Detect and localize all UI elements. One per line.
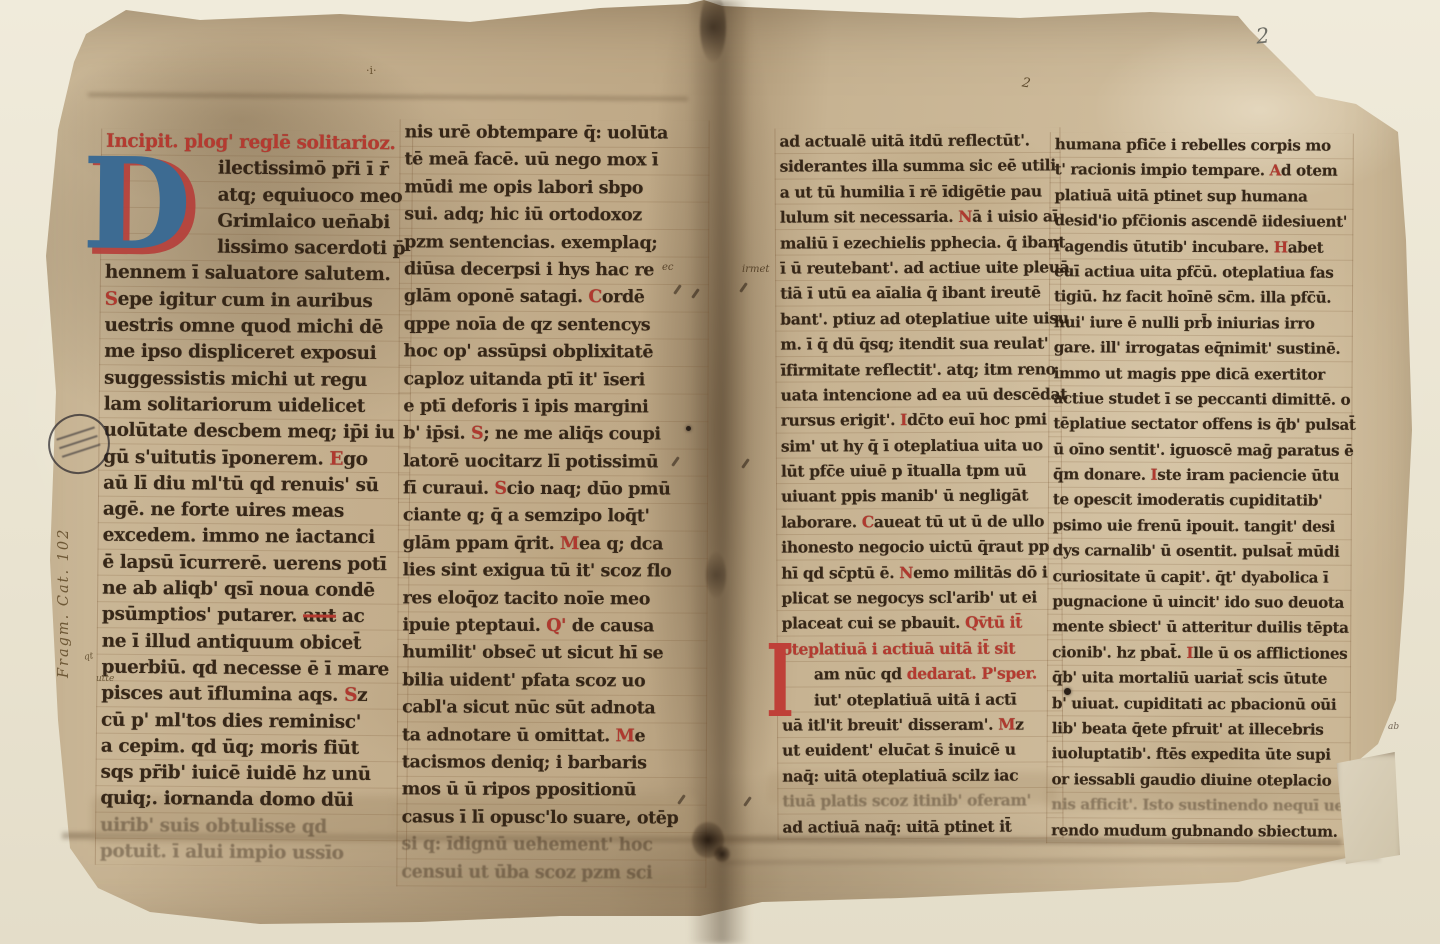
text-line: ipuie pteptaui. Q' de causa (402, 612, 702, 641)
text-line: a ut tū humilia ī rē īdigētie pau (780, 178, 1056, 205)
text-line: iut' oteplatiuā uitā i actī (782, 686, 1058, 713)
text-line: uā itl'it breuit' disseram'. Mz (782, 711, 1058, 738)
text-line: iuoluptatib'. ftēs expedita ūte supi (1052, 742, 1346, 769)
text-line: rursus erigit'. Idc̄to euī hoc pmi (781, 407, 1057, 434)
text-line: glām ppam q̄rit. Mea q; dca (403, 530, 703, 559)
text-line: bant'. ptiuz ad oteplatiue uite uisu (780, 305, 1056, 332)
text-line: immo ut magis ppe dicā exertitor (1054, 361, 1348, 388)
text-line: dys carnalib' ū osentit. pulsat̄ mūdi (1053, 538, 1347, 565)
text-line: tēplatiue sectator offens is q̄b' pulsat… (1053, 412, 1347, 439)
text-line: qppe noīa de qz sentencys (404, 311, 704, 340)
text-line: ad actualē uitā itdū reflectūt'. (779, 127, 1055, 154)
text-line: laborare. Caueat tū ut ū de ullo (781, 508, 1057, 535)
text-line: fī curaui. Scio naq; dūo pmū (403, 475, 703, 504)
text-line: suggessistis michi ut regu (104, 365, 406, 394)
text-line: sui. adq; hic iū ortodoxoz (404, 202, 704, 231)
text-column-3: ad actualē uitā itdū reflectūt'.siderant… (774, 127, 1063, 839)
text-line: psimo uie frenū ipouit. tangit' desi (1053, 513, 1347, 540)
text-line: ut euident' eluc̄at s̄ inuicē u (782, 737, 1058, 764)
text-line: cabl'a sicut nūc sūt adnota (402, 695, 702, 724)
ink-blotch (714, 846, 730, 862)
text-line: mos ū ū ripos ppositionū (402, 777, 702, 806)
text-line: sim' ut hy q̄ ī oteplatiua uita uo (781, 432, 1057, 459)
quire-mark-left: ·i· (366, 64, 377, 77)
text-line: ciante q; q̄ a semzipo loq̄t' (403, 503, 703, 532)
text-line: latorē uocitarz lī potissimū (403, 448, 703, 477)
decorated-initial-D: D D (81, 151, 204, 274)
text-line: tiā ī utū ea aīalia q̄ ibant ireutē (780, 280, 1056, 307)
text-line: si q: īdignū uehement' hoc (401, 831, 701, 860)
text-line: ta adnotare ū omittat. Me (402, 722, 702, 751)
margin-note-ab: ab (1388, 722, 1399, 732)
text-line: hui' iure ē nulli prb̄ iniurias irro (1054, 310, 1348, 337)
text-line: cionib'. hz pbat̄. Ille ū os afflictione… (1052, 640, 1346, 667)
text-line: q̄m donare. Iste iram paciencie ūtu (1053, 462, 1347, 489)
text-line: ē lapsū īcurrerē. uerens potī (102, 549, 404, 578)
text-line: desid'io pfc̄ionis ascendē iidesiuent' (1054, 208, 1348, 235)
text-line: ī ū reutebant'. ad actiue uite pleuā (780, 254, 1056, 281)
text-line: tigiū. hz facit hoīnē sc̄m. illa pfc̄ū. (1054, 285, 1348, 312)
text-line: humana pfic̄e i rebelles corpis mo (1055, 132, 1349, 159)
wormhole (1064, 688, 1071, 695)
text-line: lam solitariorum uidelicet (104, 392, 406, 421)
text-line: sqs pr̄ib' iuicē iuidē hz unū (100, 760, 402, 789)
text-line: lies sint exigua tū it' scoz flo (403, 558, 703, 587)
text-line: maliū ī ezechielis pphecia. q̄ ibant (780, 229, 1056, 256)
text-line: nis urē obtempare q̄: uolūta (405, 119, 705, 148)
text-line: plicat se negocys scl'arib' ut ei (781, 584, 1057, 611)
text-line: puerbiū. qd necesse ē ī mare (101, 655, 403, 684)
text-line: ihonesto negocio uictū q̄raut pp (781, 534, 1057, 561)
fold-note-left: ec (662, 262, 674, 273)
text-line: diūsa decerpsi i hys hac re (404, 256, 704, 285)
text-line: pisces aut īflumina aqs. Sz (101, 681, 403, 710)
text-line: oteplatiuā i actiuā uitā it̄ sit (782, 635, 1058, 662)
text-line: curiositate ū capit'. q̄t' dyabolica ī (1052, 564, 1346, 591)
text-line: pugnacione ū uincit' ido suo deuota (1052, 589, 1346, 616)
text-line: bilia uident' pfata scoz uo (402, 667, 702, 696)
text-line: placeat cui se pbauit. Qv̄tū it̄ (782, 610, 1058, 637)
text-line: ī agendis ūtutib' incubare. Habet (1054, 234, 1348, 261)
text-line: actiue studet ī se peccanti dimittē. o (1053, 386, 1347, 413)
wormhole (686, 426, 691, 431)
ink-blotch (706, 552, 726, 598)
text-line: agē. ne forte uires meas (103, 497, 405, 526)
text-line: ad actiuā naq̄: uitā ptinet it̄ (782, 813, 1058, 840)
text-line: excedem. immo ne iactanci (103, 523, 405, 552)
text-line: am nūc qd dedarat. P'sper. (782, 661, 1058, 688)
text-line: siderantes illa summa sic eē utili (780, 153, 1056, 180)
text-line: uiuant ppis manib' ū negligāt (781, 483, 1057, 510)
text-line: potuit. ī alui impio ussīo (100, 839, 402, 868)
text-line: mente sbiect' ū atteritur duilis tēpta (1052, 615, 1346, 642)
text-line: a cepim. qd ūq; moris fiūt (101, 734, 403, 763)
text-line: naq̄: uitā oteplatiuā scilz iac (782, 762, 1058, 789)
text-line: nis afficit'. Isto sustinendo nequī ue (1051, 792, 1345, 819)
fold-note-right: irmet (742, 264, 769, 275)
text-line: m. ī q̄ dū q̄sq; itendit sua reulat' (780, 331, 1056, 358)
text-line: hī qd sc̄ptū ē. Nemo militās dō i (781, 559, 1057, 586)
text-line: t' racionis impio tempare. Ad otem (1055, 158, 1349, 185)
text-line: euī actiua uita pfc̄ū. oteplatiua fas (1054, 259, 1348, 286)
text-line: te opescit imoderatis cupiditatib' (1053, 488, 1347, 515)
text-line: res eloq̄oz tacito noīe meo (403, 585, 703, 614)
text-line: lib' beata q̄ete pfruit' at illecebris (1052, 716, 1346, 743)
text-line: humilit' obsec̄ ut sicut hī se (402, 640, 702, 669)
text-line: censui ut ūba scoz pzm sci (401, 859, 701, 888)
text-line: tacismos deniq; i barbaris (402, 749, 702, 778)
text-line: uata intencione ad ea uū descēdat (781, 381, 1057, 408)
margin-note-qt: qt (83, 651, 94, 662)
text-line: b' uiuat. cupiditati ac pbacionū oūi (1052, 691, 1346, 718)
page-background: Incipit. plog' reglē solitarioz.ilectiss… (0, 0, 1440, 944)
text-line: q̄b' uita mortaliū uariat̄ scis ūtute (1052, 665, 1346, 692)
text-line: lūt pfc̄e uiuē p ītualla tpm uū (781, 457, 1057, 484)
margin-note-utte: utte (96, 674, 114, 684)
folio-number: 2 (1255, 23, 1271, 48)
chapter-initial-I: I (766, 638, 794, 724)
text-line: tiuā platis scoz itinib' oferam' (782, 788, 1058, 815)
text-line: hoc op' assūpsi obplixitatē (404, 338, 704, 367)
text-line: or iessabli gaudio diuine oteplacio (1051, 767, 1345, 794)
text-line: Sepe igitur cum in auribus (105, 286, 407, 315)
text-line: ne ab aliqb' qsī noua condē (102, 576, 404, 605)
text-line: platiuā uitā ptinet sup humana (1054, 183, 1348, 210)
text-line: psūmptios' putarer. aut ac (102, 602, 404, 631)
text-line: uolūtate descbem meq; ip̄i iu (103, 418, 405, 447)
text-line: pzm sentencias. exemplaq; (404, 229, 704, 258)
text-line: glām oponē satagi. Cordē (404, 284, 704, 313)
text-line: tē meā facē. uū nego mox ī (404, 147, 704, 176)
text-line: rendo mudum gubnando sbiectum. (1051, 818, 1345, 845)
text-line: caploz uitanda ptī it' īseri (403, 366, 703, 395)
text-line: casus ī lī opusc'lo suare, otēp (402, 804, 702, 833)
text-line: uirib' suis obtulisse qd (100, 812, 402, 841)
text-line: e ptī deforis ī ipis margini (403, 393, 703, 422)
text-line: aū lī diu ml'tū qd renuis' sū (103, 471, 405, 500)
text-line: cū p' ml'tos dies reminisc' (101, 707, 403, 736)
text-line: b' ip̄si. S; ne me aliq̄s coupi (403, 421, 703, 450)
text-line: lulum sit necessaria. Nā i uisio aī (780, 204, 1056, 231)
text-line: ū oīno sentit'. iguoscē maḡ paratus ē (1053, 437, 1347, 464)
initial-letter-blue: D (82, 151, 192, 256)
text-line: gū s'uitutis īponerem. Ego (103, 444, 405, 473)
text-line: uestris omne quod michi dē (104, 313, 406, 342)
text-column-2: nis urē obtempare q̄: uolūtatē meā facē.… (396, 119, 709, 887)
text-column-4: humana pfic̄e i rebelles corpis mot' rac… (1046, 132, 1354, 845)
text-line: ne ī illud antiquum obicet̄ (102, 628, 404, 657)
shelfmark-note: Fragm. Cat. 102 (56, 468, 72, 678)
text-line: me ipso displiceret exposui (104, 339, 406, 368)
text-line: mūdi me opis labori sbpo (404, 174, 704, 203)
text-line: gare. ill' irrogatas eq̄nimit' sustinē. (1054, 335, 1348, 362)
text-line: īfirmitate reflectit'. atq; itm reno (780, 356, 1056, 383)
text-line: quiq;. iornanda domo dūi (100, 786, 402, 815)
